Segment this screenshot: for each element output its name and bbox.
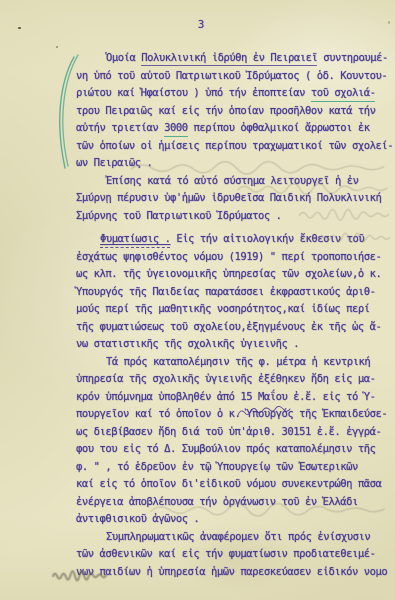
typed-line: ἐσχάτως ψηφισθέντος νόμου (1919) " περί … bbox=[76, 249, 390, 267]
typed-text: Ὁμοία bbox=[106, 52, 141, 64]
page-number: 3 bbox=[186, 18, 216, 31]
typed-line: Συμπληρωματικῶς ἀναφέρομεν ὅτι πρός ἐνίσ… bbox=[76, 529, 390, 547]
green-underlined-number: 3000 bbox=[164, 122, 188, 137]
typed-line: αὐτήν τριετίαν 3000 περίπου ὀφθαλμικοί ἄ… bbox=[76, 120, 390, 138]
typed-line: Ὁμοία Πολυκλινική ἱδρύθη ἐν Πειραιεῖ συν… bbox=[76, 50, 390, 68]
pencil-smudge bbox=[52, 570, 108, 582]
typed-line: καί εἰς τό ὁποῖον δι'εἰδικοῦ νόμου συνεκ… bbox=[76, 476, 390, 494]
typed-line: Τά πρός καταπολέμησιν τῆς φ. μέτρα ἡ κεν… bbox=[76, 354, 390, 372]
paper-speck bbox=[388, 21, 390, 24]
typed-line: νων παιδίων ἡ ὑπηρεσία ἡμῶν παρεσκεύασεν… bbox=[76, 564, 390, 582]
typed-line: φ. " , τό ἑδρεῦον ἐν τῷ Ὑπουργείῳ τῶν Ἐσ… bbox=[76, 459, 390, 477]
typed-text: περίπου ὀφθαλμικοί ἄρρωστοι ἐκ bbox=[188, 122, 370, 134]
pencil-ghost-scrawl bbox=[236, 182, 392, 196]
typed-line: κρόν ὑπόμνημα ὑποβληθέν ἀπό 15 Μαΐου ἐ.ἔ… bbox=[76, 389, 390, 407]
pencil-ghost-scrawl bbox=[128, 160, 392, 176]
typed-line: Ὑπουργός τῆς Παιδείας παρατάσσει ἐκφραστ… bbox=[76, 284, 390, 302]
ink-speck bbox=[363, 59, 365, 61]
typed-line: τῆς φυματιώσεως τοῦ σχολείου,ἐξηγμένους … bbox=[76, 319, 390, 337]
typed-line: τῶν ἀσθενικῶν καί εἰς τήν φυματίωσιν προ… bbox=[76, 546, 390, 564]
ink-speck bbox=[18, 27, 21, 29]
typed-text: αὐτήν τριετίαν bbox=[76, 122, 164, 134]
green-underlined-phrase: τοῦ σχολιά- bbox=[311, 87, 376, 102]
typed-line: νη ὑπό τοῦ αὐτοῦ Πατριωτικοῦ Ἱδρύματος (… bbox=[76, 68, 390, 86]
paragraph-piraeus-polyclinic: Ὁμοία Πολυκλινική ἱδρύθη ἐν Πειραιεῖ συν… bbox=[76, 50, 390, 173]
typed-line: μούς περί τῆς μαθητικῆς νοσηρότητος,καί … bbox=[76, 301, 390, 319]
typed-line: ως διεβίβασεν ἤδη διά τοῦ ὑπ'ἀριθ. 30151… bbox=[76, 424, 390, 442]
typed-line: τῶν ὁποίων οἱ ἡμίσεις περίπου τραχωματικ… bbox=[76, 138, 390, 156]
typed-line: ὑπηρεσία τῆς σχολικῆς ὑγιεινῆς ἐξέθηκεν … bbox=[76, 371, 390, 389]
typed-line: φου του εἰς τό Δ. Συμβούλιον πρός καταπο… bbox=[76, 441, 390, 459]
pencil-ghost-scrawl bbox=[298, 208, 392, 222]
scanned-typewritten-page: 3 Ὁμοία Πολυκλινική ἱδρύθη ἐν Πειραιεῖ σ… bbox=[0, 0, 395, 600]
typed-line: νω στατιστικῆς τῆς σχολικῆς ὑγιεινῆς . bbox=[76, 336, 390, 354]
typed-text: συντηρουμέ- bbox=[317, 52, 387, 64]
section-heading: Φυματίωσις . bbox=[100, 233, 170, 248]
ink-underlined-phrase: Πολυκλινική ἱδρύθη ἐν Πειραιεῖ bbox=[141, 52, 317, 66]
typed-line: τρου Πειραιῶς καί εἰς τήν ὁποίαν προσῆλθ… bbox=[76, 103, 390, 121]
pencil-ghost-scrawl bbox=[148, 502, 392, 518]
paragraph-supplementary-note: Συμπληρωματικῶς ἀναφέρομεν ὅτι πρός ἐνίσ… bbox=[76, 529, 390, 582]
ink-speck bbox=[56, 46, 58, 48]
typed-line: πουργεῖον καί τό ὁποῖον ὁ κ. Ὑπουργός τῆ… bbox=[76, 406, 390, 424]
typed-text: ριώτου καί Ἡφαίστου ) ὑπό τήν ἐποπτείαν bbox=[76, 87, 311, 99]
typed-line: ριώτου καί Ἡφαίστου ) ὑπό τήν ἐποπτείαν … bbox=[76, 85, 390, 103]
typed-line: ως κλπ. τῆς ὑγειονομικῆς ὑπηρεσίας τῶν σ… bbox=[76, 266, 390, 284]
pencil-ghost-scrawl bbox=[318, 232, 392, 244]
paragraph-tuberculosis-section: Φυματίωσις . Εἰς τήν αἰτιολογικήν ἔκθεσι… bbox=[76, 231, 390, 354]
